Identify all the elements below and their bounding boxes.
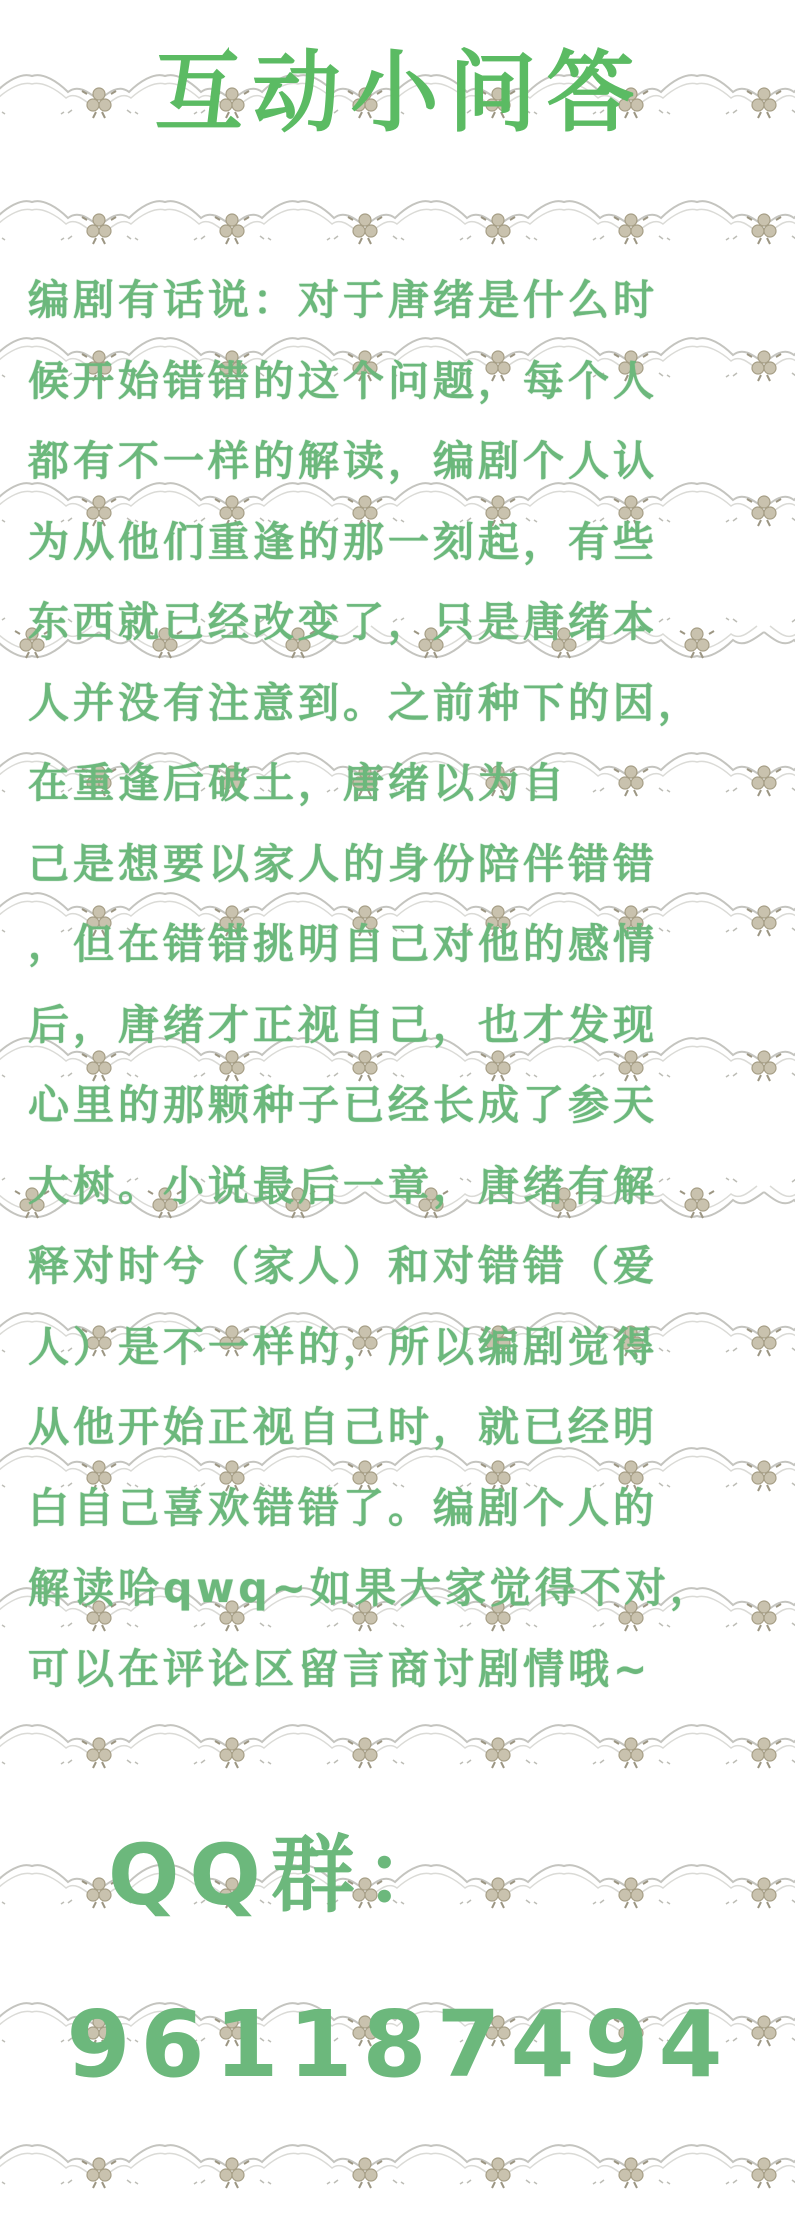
page-title: 互动小问答 xyxy=(0,38,799,148)
note-line: 候开始错错的这个问题，每个人 xyxy=(28,341,748,422)
note-line: 都有不一样的解读，编剧个人认 xyxy=(28,421,748,502)
note-line: 编剧有话说：对于唐绪是什么时 xyxy=(28,260,748,341)
note-line: 释对时兮（家人）和对错错（爱 xyxy=(28,1226,748,1307)
lace-border-icon xyxy=(0,188,799,258)
note-line: 心里的那颗种子已经长成了参天 xyxy=(28,1065,748,1146)
note-line: 为从他们重逢的那一刻起，有些 xyxy=(28,502,748,583)
note-line: 人）是不一样的，所以编剧觉得 xyxy=(28,1307,748,1388)
note-line: 大树。小说最后一章，唐绪有解 xyxy=(28,1146,748,1227)
note-line: 解读哈qwq~如果大家觉得不对， xyxy=(28,1548,748,1629)
qq-group-number: 961187494 xyxy=(0,1985,799,2105)
note-line: ，但在错错挑明自己对他的感情 xyxy=(28,904,748,985)
author-note: 编剧有话说：对于唐绪是什么时 候开始错错的这个问题，每个人 都有不一样的解读，编… xyxy=(28,260,748,1709)
note-line: 在重逢后破土，唐绪以为自 xyxy=(28,743,748,824)
note-line: 从他开始正视自己时，就已经明 xyxy=(28,1387,748,1468)
note-line: 白自己喜欢错错了。编剧个人的 xyxy=(28,1468,748,1549)
lace-border-icon xyxy=(0,1712,799,1782)
note-line: 东西就已经改变了，只是唐绪本 xyxy=(28,582,748,663)
note-line: 己是想要以家人的身份陪伴错错 xyxy=(28,824,748,905)
note-line: 后，唐绪才正视自己，也才发现 xyxy=(28,985,748,1066)
qq-group-label: QQ群： xyxy=(108,1820,459,1930)
note-line: 可以在评论区留言商讨剧情哦~ xyxy=(28,1629,748,1710)
page-edge xyxy=(795,0,799,2214)
lace-border-icon xyxy=(0,2132,799,2202)
poster: 互动小问答 编剧有话说：对于唐绪是什么时 候开始错错的这个问题，每个人 都有不一… xyxy=(0,0,799,2214)
note-line: 人并没有注意到。之前种下的因， xyxy=(28,663,748,744)
